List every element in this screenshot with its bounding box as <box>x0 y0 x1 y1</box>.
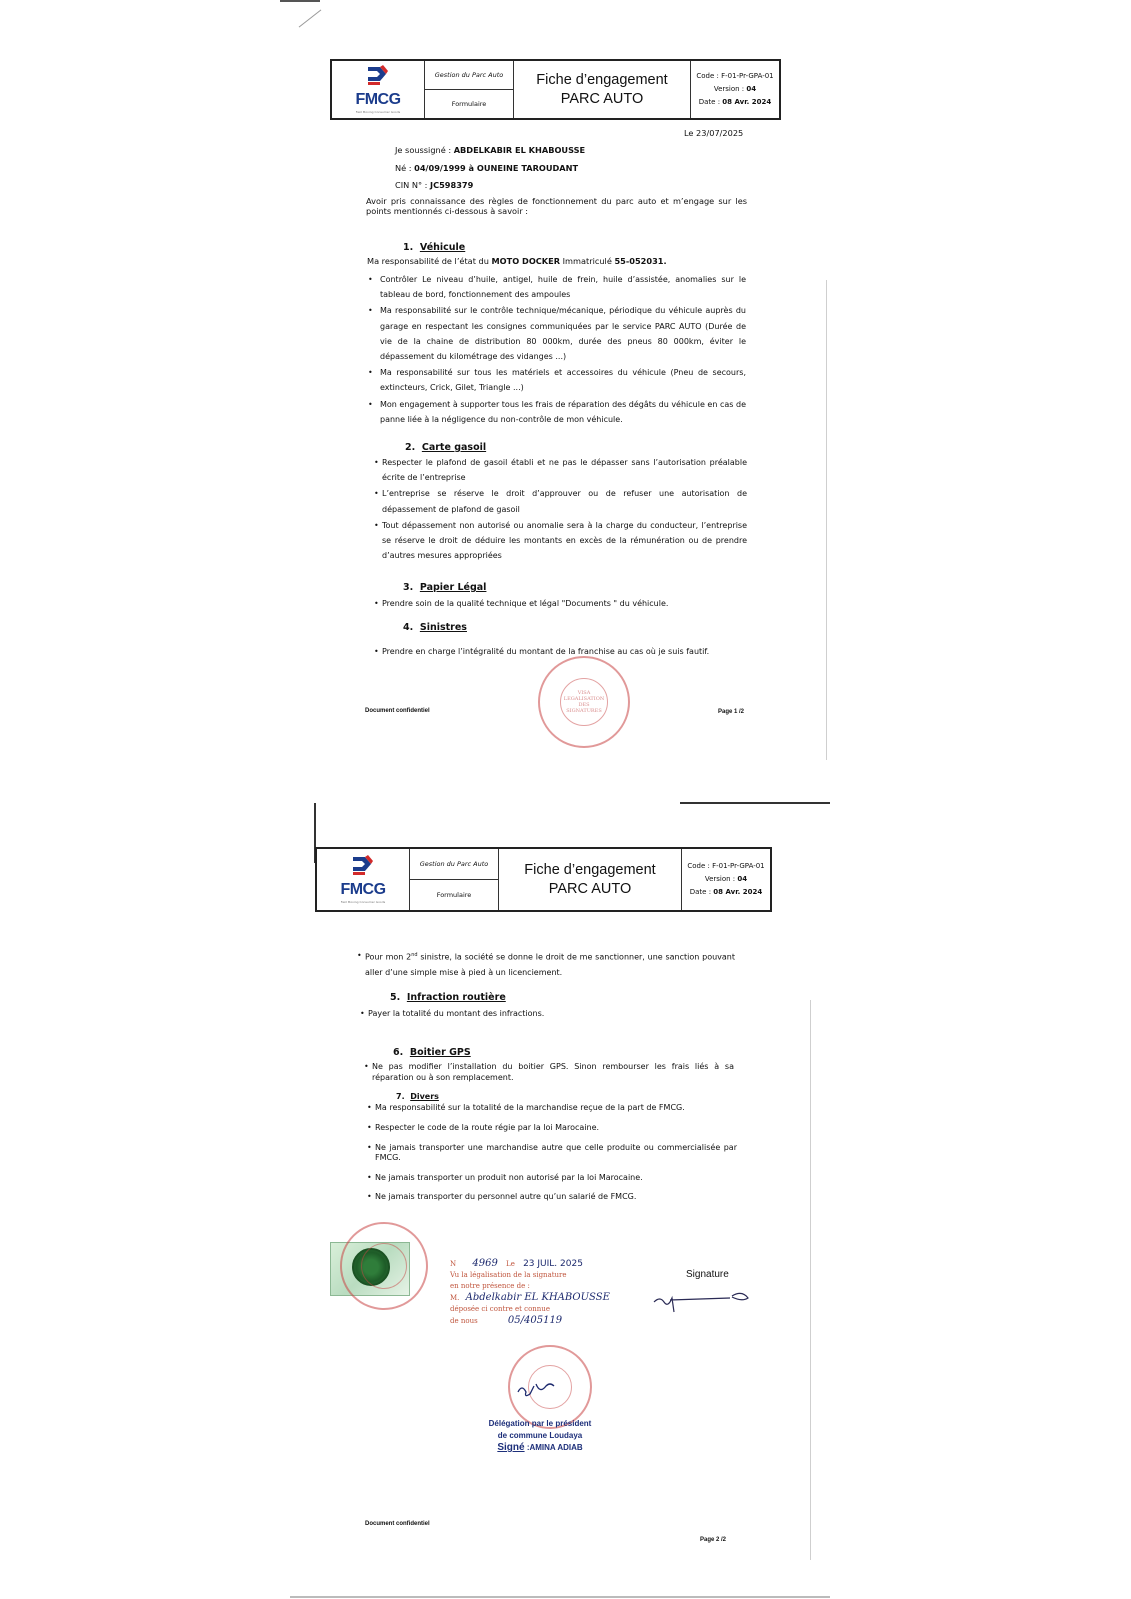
title-cell: Fiche d’engagement PARC AUTO <box>499 849 682 910</box>
section-5-title: 5. Infraction routière <box>390 992 506 1003</box>
section-7-list: Ma responsabilité sur la totalité de la … <box>367 1103 737 1203</box>
stamp-center-text: VISA LEGALISATION DES SIGNATURES <box>560 678 608 726</box>
category-cell: Gestion du Parc Auto Formulaire <box>425 61 514 118</box>
list-item: Mon engagement à supporter tous les frai… <box>366 397 746 427</box>
section-1-title: 1. Véhicule <box>403 242 465 253</box>
scan-artifact-bottom <box>290 1596 830 1598</box>
logo-tagline: Fast Moving Consumer Goods <box>341 900 386 904</box>
fmcg-logo-icon <box>364 65 392 89</box>
birth-line: Né : 04/09/1999 à OUNEINE TAROUDANT <box>395 161 578 176</box>
signatory-name: ABDELKABIR EL KHABOUSSE <box>454 145 585 155</box>
page2-right-edge <box>810 1000 811 1560</box>
logo-cell: FMCG Fast Moving Consumer Goods <box>317 849 410 910</box>
doc-date: Date : 08 Avr. 2024 <box>690 886 763 899</box>
list-item: Prendre en charge l’intégralité du monta… <box>374 644 754 659</box>
list-item: Ne jamais transporter du personnel autre… <box>367 1192 737 1202</box>
section-3-title: 3. Papier Légal <box>403 582 486 593</box>
scan-artifact-top-edge <box>280 0 320 2</box>
official-stamp-page1: VISA LEGALISATION DES SIGNATURES <box>538 656 630 748</box>
legalized-cin: 05/405119 <box>508 1315 562 1326</box>
list-item: Ma responsabilité sur le contrôle techni… <box>366 303 746 364</box>
section-1-list: Contrôler Le niveau d’huile, antigel, hu… <box>366 272 746 428</box>
code-cell: Code : F-01-Pr-GPA-01 Version : 04 Date … <box>682 849 770 910</box>
code-cell: Code : F-01-Pr-GPA-01 Version : 04 Date … <box>691 61 779 118</box>
list-item: Respecter le plafond de gasoil établi et… <box>374 455 747 485</box>
list-item: L’entreprise se réserve le droit d’appro… <box>374 486 747 516</box>
list-item: Payer la totalité du montant des infract… <box>360 1006 735 1021</box>
list-item: Ma responsabilité sur tous les matériels… <box>366 365 746 395</box>
list-item: Ne jamais transporter un produit non aut… <box>367 1173 737 1183</box>
logo-tagline: Fast Moving Consumer Goods <box>356 110 401 114</box>
fmcg-logo-icon <box>349 855 377 879</box>
list-item: Contrôler Le niveau d’huile, antigel, hu… <box>366 272 746 302</box>
legalization-line2: en notre présence de : <box>450 1281 630 1292</box>
letter-date: Le 23/07/2025 <box>684 126 743 141</box>
document-header-page1: FMCG Fast Moving Consumer Goods Gestion … <box>330 59 781 120</box>
birth-value: 04/09/1999 à OUNEINE TAROUDANT <box>414 163 578 173</box>
section-6-list: Ne pas modifier l’installation du boitie… <box>364 1061 734 1084</box>
legalization-line1: Vu la légalisation de la signature <box>450 1270 630 1281</box>
logo-cell: FMCG Fast Moving Consumer Goods <box>332 61 425 118</box>
delegation-signature <box>516 1380 560 1404</box>
list-item: Prendre soin de la qualité technique et … <box>374 596 747 611</box>
signature-label: Signature <box>686 1267 729 1282</box>
intro-paragraph: Avoir pris connaissance des règles de fo… <box>366 196 747 216</box>
scan-artifact-top-left <box>299 9 322 27</box>
scan-artifact-mid-line <box>680 802 830 804</box>
doc-version: Version : 04 <box>714 83 756 96</box>
form-type-label: Formulaire <box>425 90 513 118</box>
cin-line: CIN N° : JC598379 <box>395 178 473 193</box>
doc-title-line1: Fiche d’engagement <box>536 71 667 90</box>
doc-title-line2: PARC AUTO <box>561 90 643 109</box>
legalization-line3: déposée ci contre et connue <box>450 1304 630 1315</box>
category-label: Gestion du Parc Auto <box>425 61 513 90</box>
section-1-lead: Ma responsabilité de l’état du MOTO DOCK… <box>367 254 667 269</box>
section-2-title: 2. Carte gasoil <box>405 442 486 453</box>
signed-name: :AMINA ADIAB <box>527 1443 583 1452</box>
document-header-page2: FMCG Fast Moving Consumer Goods Gestion … <box>315 847 772 912</box>
list-item: Respecter le code de la route régie par … <box>367 1123 737 1133</box>
list-item: Ma responsabilité sur la totalité de la … <box>367 1103 737 1113</box>
section-3-list: Prendre soin de la qualité technique et … <box>374 596 747 612</box>
logo-text: FMCG <box>355 91 400 109</box>
list-item: Tout dépassement non autorisé ou anomali… <box>374 518 747 564</box>
signatory-line: Je soussigné : ABDELKABIR EL KHABOUSSE <box>395 143 585 158</box>
legalization-block: N 4969 Le 23 JUIL. 2025 Vu la légalisati… <box>450 1258 630 1327</box>
delegation-line2: de commune Loudaya <box>470 1430 610 1442</box>
doc-code: Code : F-01-Pr-GPA-01 <box>687 860 764 873</box>
list-item: Ne pas modifier l’installation du boitie… <box>364 1061 734 1083</box>
legalization-date: 23 JUIL. 2025 <box>523 1259 583 1269</box>
section-7-title: 7. Divers <box>396 1092 439 1101</box>
footer-page-number: Page 2 /2 <box>700 1537 726 1543</box>
doc-title-line1: Fiche d’engagement <box>524 861 655 880</box>
page1-right-edge <box>826 280 827 760</box>
signature-scribble <box>652 1290 752 1320</box>
section-4-title: 4. Sinistres <box>403 622 467 633</box>
doc-date: Date : 08 Avr. 2024 <box>699 96 772 109</box>
form-type-label: Formulaire <box>410 880 498 910</box>
title-cell: Fiche d’engagement PARC AUTO <box>514 61 691 118</box>
signed-label: Signé <box>497 1442 524 1453</box>
section-4-list: Prendre en charge l’intégralité du monta… <box>374 644 754 660</box>
footer-page-number: Page 1 /2 <box>718 709 744 715</box>
cin-value: JC598379 <box>430 180 473 190</box>
section-6-title: 6. Boitier GPS <box>393 1047 471 1058</box>
logo-text: FMCG <box>340 881 385 899</box>
list-item: Ne jamais transporter une marchandise au… <box>367 1143 737 1163</box>
list-item: Pour mon 2nd sinistre, la société se don… <box>357 948 735 980</box>
category-cell: Gestion du Parc Auto Formulaire <box>410 849 499 910</box>
delegation-block: Délégation par le président de commune L… <box>470 1418 610 1454</box>
delegation-line1: Délégation par le président <box>470 1418 610 1430</box>
doc-title-line2: PARC AUTO <box>549 880 631 899</box>
doc-code: Code : F-01-Pr-GPA-01 <box>696 70 773 83</box>
footer-confidential: Document confidentiel <box>365 1521 430 1527</box>
category-label: Gestion du Parc Auto <box>410 849 498 880</box>
legalization-number: 4969 <box>472 1258 497 1269</box>
footer-confidential: Document confidentiel <box>365 708 430 714</box>
continuation-list: Pour mon 2nd sinistre, la société se don… <box>357 948 735 981</box>
section-2-list: Respecter le plafond de gasoil établi et… <box>374 455 747 564</box>
official-stamp-legalization <box>340 1222 428 1310</box>
section-5-list: Payer la totalité du montant des infract… <box>360 1006 735 1022</box>
legalized-name: Abdelkabir EL KHABOUSSE <box>466 1292 610 1303</box>
doc-version: Version : 04 <box>705 873 747 886</box>
